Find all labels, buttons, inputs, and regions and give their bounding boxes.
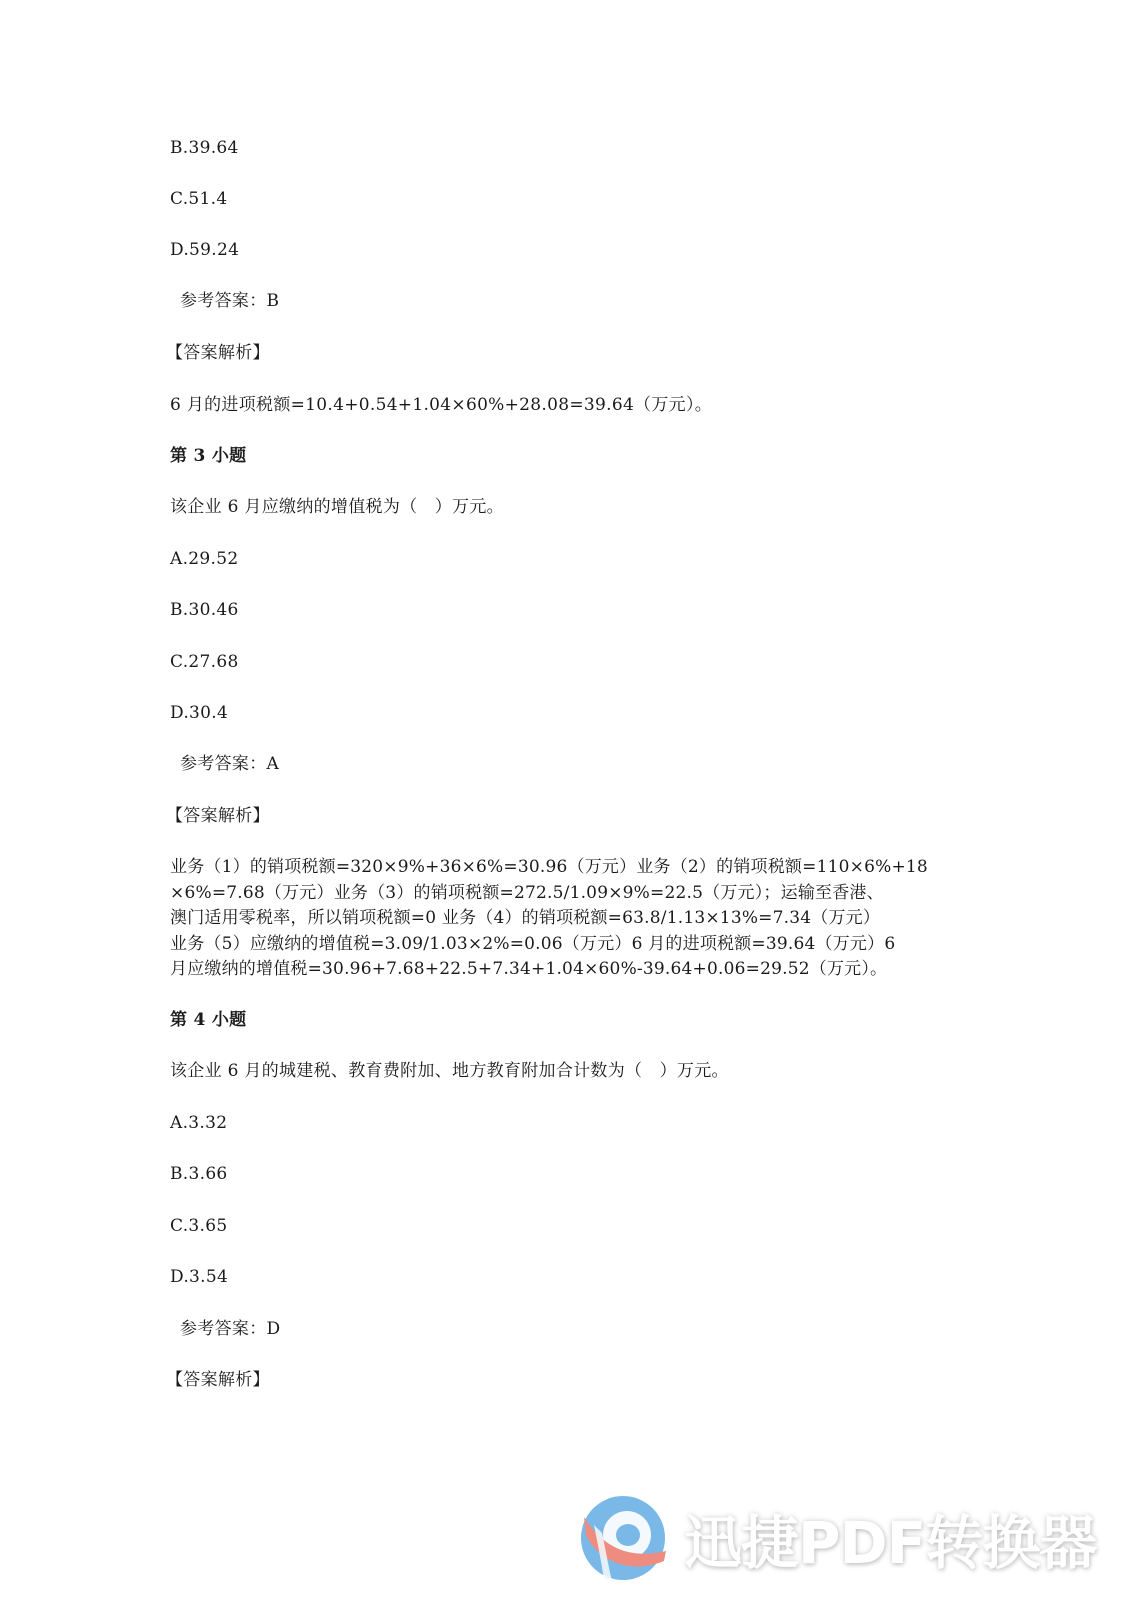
option-a: A.3.32 bbox=[170, 1113, 227, 1133]
reference-answer: 参考答案：A bbox=[180, 754, 279, 774]
xunjie-pdf-logo-icon bbox=[580, 1495, 666, 1581]
option-c: C.27.68 bbox=[170, 652, 239, 672]
watermark-text: 迅捷PDF转换器 bbox=[684, 1496, 1096, 1580]
explanation-line: ×6%=7.68（万元）业务（3）的销项税额=272.5/1.09×9%=22.… bbox=[170, 881, 970, 907]
question-stem: 该企业 6 月的城建税、教育费附加、地方教育附加合计数为（ ）万元。 bbox=[170, 1061, 729, 1081]
explanation-title: 【答案解析】 bbox=[166, 806, 270, 826]
option-d: D.59.24 bbox=[170, 240, 239, 260]
reference-answer: 参考答案：B bbox=[180, 291, 279, 311]
question-heading: 第 4 小题 bbox=[170, 1010, 246, 1030]
explanation-text: 6 月的进项税额=10.4+0.54+1.04×60%+28.08=39.64（… bbox=[170, 395, 712, 415]
question-stem: 该企业 6 月应缴纳的增值税为（ ）万元。 bbox=[170, 497, 504, 517]
explanation-title: 【答案解析】 bbox=[166, 343, 270, 363]
document-page: B.39.64 C.51.4 D.59.24 参考答案：B 【答案解析】 6 月… bbox=[0, 0, 1131, 1600]
explanation-line: 月应缴纳的增值税=30.96+7.68+22.5+7.34+1.04×60%-3… bbox=[170, 957, 970, 983]
reference-answer: 参考答案：D bbox=[180, 1319, 280, 1339]
explanation-line: 澳门适用零税率，所以销项税额=0 业务（4）的销项税额=63.8/1.13×13… bbox=[170, 906, 970, 932]
question-heading: 第 3 小题 bbox=[170, 446, 246, 466]
option-d: D.3.54 bbox=[170, 1267, 228, 1287]
option-b: B.39.64 bbox=[170, 138, 239, 158]
option-b: B.3.66 bbox=[170, 1164, 228, 1184]
option-c: C.3.65 bbox=[170, 1216, 227, 1236]
watermark: 迅捷PDF转换器 bbox=[580, 1493, 1096, 1583]
explanation-title: 【答案解析】 bbox=[166, 1370, 270, 1390]
explanation-line: 业务（1）的销项税额=320×9%+36×6%=30.96（万元）业务（2）的销… bbox=[170, 855, 970, 881]
option-d: D.30.4 bbox=[170, 703, 228, 723]
option-c: C.51.4 bbox=[170, 189, 227, 209]
explanation-paragraph: 业务（1）的销项税额=320×9%+36×6%=30.96（万元）业务（2）的销… bbox=[170, 855, 970, 983]
explanation-line: 业务（5）应缴纳的增值税=3.09/1.03×2%=0.06（万元）6 月的进项… bbox=[170, 932, 970, 958]
option-b: B.30.46 bbox=[170, 600, 239, 620]
option-a: A.29.52 bbox=[170, 549, 238, 569]
